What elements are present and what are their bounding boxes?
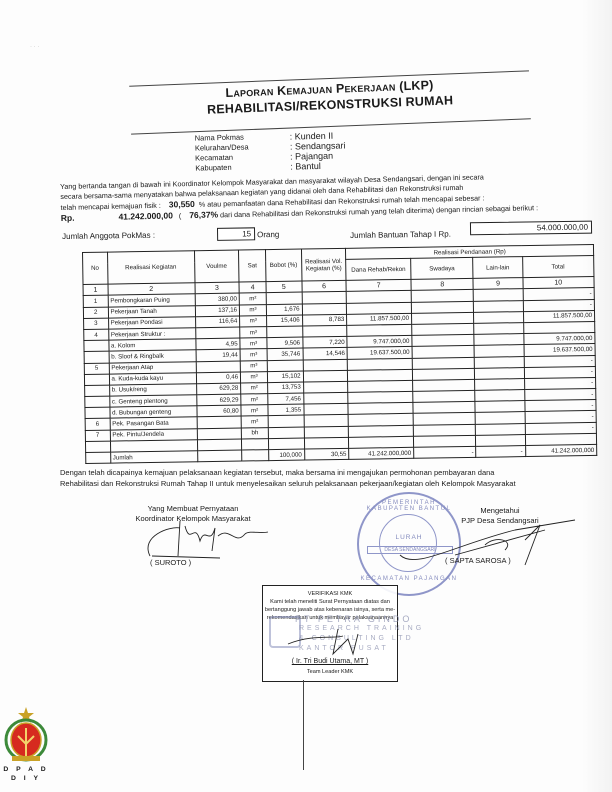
cell-realization <box>304 404 349 416</box>
verification-text: bertanggung jawab atas kebenaran isinya,… <box>263 606 397 614</box>
cell-other <box>475 390 524 402</box>
cell-realization <box>304 437 349 449</box>
totals-label: Jumlah <box>110 451 197 464</box>
identity-block: Nama Pokmas: Kunden II Kelurahan/Desa: S… <box>195 130 346 173</box>
signatory-left-name: ( SUROTO ) <box>150 558 191 567</box>
cell-unit: m³ <box>241 371 268 383</box>
cell-other <box>475 356 524 368</box>
dpad-emblem-icon <box>4 706 48 764</box>
cell-weight: 1,676 <box>266 304 302 316</box>
totals-other: - <box>476 446 525 458</box>
title-banner: Laporan Kemajuan Pekerjaan (LKP) REHABIL… <box>149 75 510 129</box>
cell-weight: 13,753 <box>268 382 304 394</box>
cell-no: 1 <box>83 295 108 307</box>
cell-weight: 35,746 <box>267 348 303 360</box>
cell-no: 5 <box>84 363 109 375</box>
aid-label: Jumlah Bantuan Tahap I Rp. <box>350 230 451 240</box>
statement-paragraph: Yang bertanda tangan di bawah ini Koordi… <box>60 170 591 224</box>
cell-realization <box>303 359 348 371</box>
cell-unit: m³ <box>240 327 267 339</box>
watermark-line: PT PETRA GINDO <box>267 614 467 624</box>
totals-fund: 41.242.000,000 <box>349 447 414 459</box>
dpad-label: D P A D D I Y <box>0 765 52 783</box>
cell-volume: 60,80 <box>196 405 241 417</box>
cell-weight: 15,406 <box>266 315 302 327</box>
header-fund-rr: Dana Rehab/Rekon <box>346 259 411 281</box>
cell-unit: m² <box>239 293 266 305</box>
pen-stroke <box>303 680 304 770</box>
cell-volume: 4,95 <box>195 338 240 350</box>
cell-other <box>474 345 523 357</box>
cell-volume: 629,29 <box>196 394 241 406</box>
signature-right-icon <box>395 515 585 575</box>
identity-row-kabupaten: Kabupaten: Bantul <box>195 160 346 173</box>
cell-unit: m³ <box>240 315 267 327</box>
header-self-help: Swadaya <box>411 258 474 280</box>
cell-other <box>476 434 525 446</box>
closing-line: Dengan telah dicapainya kemajuan pelaksa… <box>60 468 590 479</box>
verifier-role: Team Leader KMK <box>263 668 397 676</box>
totals-unit <box>242 450 269 462</box>
cell-unit: m² <box>241 416 268 428</box>
verification-text: Kami telah meneliti Surat Pernyataan dia… <box>263 598 397 606</box>
cell-no: 2 <box>83 307 108 319</box>
column-index-cell: 5 <box>266 281 302 293</box>
verifier-name: ( Ir. Tri Budi Utama, MT ) <box>263 658 397 666</box>
signatory-left-title: Yang Membuat Pernyataan <box>128 504 258 514</box>
cell-no <box>84 374 109 386</box>
totals-weight: 100,000 <box>269 449 305 461</box>
cell-realization: 7,220 <box>302 336 347 348</box>
header-total: Total <box>522 256 594 278</box>
cell-weight <box>268 415 304 427</box>
closing-paragraph: Dengan telah dicapainya kemajuan pelaksa… <box>60 468 590 489</box>
cell-unit: m² <box>241 394 268 406</box>
progress-table: No Realisasi Kegiatan Voulme Sat Bobot (… <box>82 244 597 464</box>
cell-other <box>475 412 524 424</box>
totals-volume <box>197 450 242 462</box>
cell-unit: m² <box>241 382 268 394</box>
cell-volume <box>197 416 242 428</box>
cell-volume: 116,64 <box>195 316 240 328</box>
cell-no <box>85 385 110 397</box>
amount-used-value: 41.242.000,00 <box>118 210 173 221</box>
cell-realization <box>303 370 348 382</box>
members-value: 15 <box>217 227 255 241</box>
aid-value: 54.000.000,00 <box>470 221 592 236</box>
cell-other <box>475 367 524 379</box>
cell-weight <box>267 360 303 372</box>
column-index-cell: 6 <box>302 281 347 293</box>
column-index-cell: 4 <box>239 282 266 294</box>
cell-volume: 380,00 <box>195 293 240 305</box>
header-unit: Sat <box>239 250 266 283</box>
column-index-cell: 9 <box>473 278 522 290</box>
cell-unit <box>242 438 269 450</box>
totals-total: 41.242.000,000 <box>525 444 597 456</box>
cell-weight <box>268 438 304 450</box>
members-label: Jumlah Anggota PokMas : <box>62 231 155 241</box>
cell-other <box>475 401 524 413</box>
cell-weight: 7,456 <box>268 393 304 405</box>
dpad-label-line1: D P A D <box>0 765 52 774</box>
totals-realization: 30,55 <box>304 448 349 460</box>
cell-other <box>474 300 523 312</box>
cell-other <box>474 323 523 335</box>
signatory-right-name: ( SAPTA SAROSA ) <box>445 556 511 565</box>
cell-unit: bh <box>241 427 268 439</box>
signature-kmk-icon <box>283 624 383 659</box>
cell-unit: m³ <box>240 360 267 372</box>
cell-realization: 8,783 <box>302 314 347 326</box>
header-other: Lain-lain <box>473 257 522 279</box>
cell-volume <box>196 361 241 373</box>
closing-line: Rehabilitasi dan Rekonstruksi Rumah Taha… <box>60 479 590 490</box>
cell-other <box>474 311 523 323</box>
cell-unit: m² <box>241 405 268 417</box>
cell-no <box>85 396 110 408</box>
cell-weight: 1,355 <box>268 404 304 416</box>
table-body: 1Pembongkaran Puing380,00m²-2Pekerjaan T… <box>83 288 596 453</box>
totals-no <box>86 452 111 464</box>
cell-no: 4 <box>84 329 109 341</box>
verification-box: PT PETRA GINDO RESEARCH TRAINING & CONSU… <box>262 585 398 682</box>
cell-no: 7 <box>85 430 110 442</box>
cell-weight <box>267 326 303 338</box>
cell-weight: 15,102 <box>267 371 303 383</box>
cell-realization: 14,546 <box>303 348 348 360</box>
cell-unit: m³ <box>240 349 267 361</box>
cell-realization <box>303 381 348 393</box>
cell-realization <box>302 292 347 304</box>
cell-unit: m³ <box>240 338 267 350</box>
header-volume: Voulme <box>194 250 239 283</box>
cell-volume <box>197 428 242 440</box>
cell-no <box>84 340 109 352</box>
cell-realization <box>302 325 347 337</box>
cell-other <box>474 289 523 301</box>
scan-marks: · · · <box>30 44 39 50</box>
header-no: No <box>83 252 108 285</box>
verification-title: VERIFIKASI KMK <box>263 590 397 598</box>
cell-realization <box>303 392 348 404</box>
cell-other <box>475 378 524 390</box>
cell-realization <box>304 415 349 427</box>
cell-unit: m³ <box>240 304 267 316</box>
totals-self: - <box>414 446 477 458</box>
column-index-cell: 1 <box>83 284 108 296</box>
cell-no: 6 <box>85 419 110 431</box>
cell-volume <box>195 327 240 339</box>
paren: ( <box>179 211 182 220</box>
physical-progress-value: 30,550 <box>169 199 195 210</box>
summary-row: Jumlah Anggota PokMas : 15 Orang Jumlah … <box>62 223 592 230</box>
cell-no: 3 <box>84 318 109 330</box>
cell-volume: 629,28 <box>196 383 241 395</box>
cell-realization <box>304 426 349 438</box>
stamp-ring-bottom: KECAMATAN PAJANGAN <box>359 576 459 582</box>
cell-volume: 137,16 <box>195 305 240 317</box>
members-unit: Orang <box>257 230 279 239</box>
cell-realization <box>302 303 347 315</box>
cell-no <box>84 351 109 363</box>
dpad-label-line2: D I Y <box>0 774 52 783</box>
cell-volume <box>197 439 242 451</box>
fund-percent-value: 76,37% <box>189 209 218 220</box>
currency-label: Rp. <box>61 213 75 223</box>
cell-volume: 0,46 <box>196 372 241 384</box>
cell-no <box>85 441 110 453</box>
column-index-cell: 3 <box>195 282 240 294</box>
header-activity: Realisasi Kegiatan <box>107 251 195 285</box>
cell-weight <box>268 427 304 439</box>
cell-no <box>85 407 110 419</box>
cell-other <box>476 423 525 435</box>
header-weight: Bobot (%) <box>265 249 301 282</box>
header-realization: Realisasi Vol. Kegiatan (%) <box>301 248 346 281</box>
scanned-page: · · · Laporan Kemajuan Pekerjaan (LKP) R… <box>0 0 612 792</box>
cell-weight <box>266 292 302 304</box>
cell-volume: 19,44 <box>196 349 241 361</box>
cell-other <box>474 334 523 346</box>
cell-weight: 9,506 <box>267 337 303 349</box>
